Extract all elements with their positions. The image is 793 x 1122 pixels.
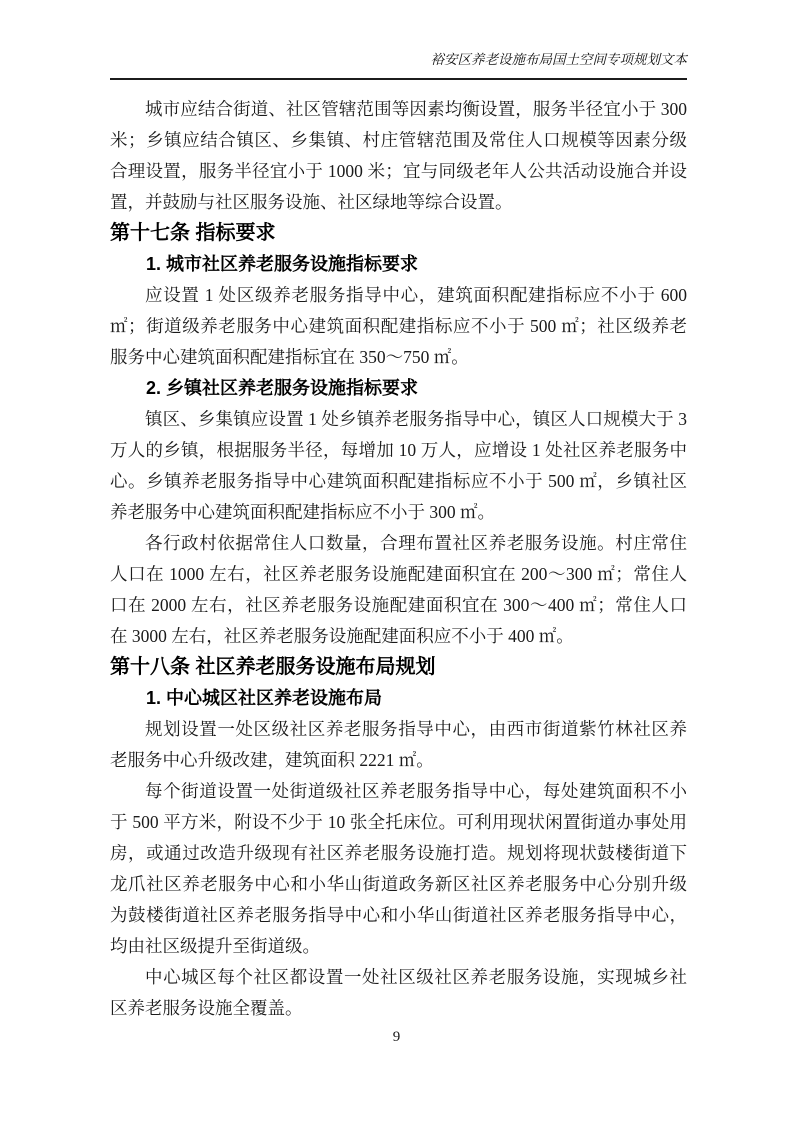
article-heading-17: 第十七条 指标要求	[110, 218, 687, 249]
body-paragraph: 中心城区每个社区都设置一处社区级社区养老服务设施，实现城乡社区养老服务设施全覆盖…	[110, 962, 687, 1024]
page-header: 裕安区养老设施布局国土空间专项规划文本	[110, 50, 687, 80]
body-paragraph: 每个街道设置一处街道级社区养老服务指导中心，每处建筑面积不小于 500 平方米，…	[110, 776, 687, 962]
body-paragraph: 镇区、乡集镇应设置 1 处乡镇养老服务指导中心，镇区人口规模大于 3 万人的乡镇…	[110, 404, 687, 528]
sub-heading-township-indicators: 2. 乡镇社区养老服务设施指标要求	[110, 373, 687, 404]
document-body: 城市应结合街道、社区管辖范围等因素均衡设置，服务半径宜小于 300 米；乡镇应结…	[110, 94, 687, 1024]
page-number: 9	[393, 1029, 401, 1045]
page-footer: 9	[0, 1026, 793, 1048]
sub-heading-central-city-layout: 1. 中心城区社区养老设施布局	[110, 683, 687, 714]
body-paragraph: 城市应结合街道、社区管辖范围等因素均衡设置，服务半径宜小于 300 米；乡镇应结…	[110, 94, 687, 218]
header-title: 裕安区养老设施布局国土空间专项规划文本	[431, 52, 688, 67]
body-paragraph: 各行政村依据常住人口数量，合理布置社区养老服务设施。村庄常住人口在 1000 左…	[110, 528, 687, 652]
body-paragraph: 规划设置一处区级社区养老服务指导中心，由西市街道紫竹林社区养老服务中心升级改建，…	[110, 714, 687, 776]
body-paragraph: 应设置 1 处区级养老服务指导中心，建筑面积配建指标应不小于 600 ㎡；街道级…	[110, 280, 687, 373]
document-page: 裕安区养老设施布局国土空间专项规划文本 城市应结合街道、社区管辖范围等因素均衡设…	[0, 0, 793, 1122]
article-heading-18: 第十八条 社区养老服务设施布局规划	[110, 652, 687, 683]
sub-heading-city-indicators: 1. 城市社区养老服务设施指标要求	[110, 249, 687, 280]
